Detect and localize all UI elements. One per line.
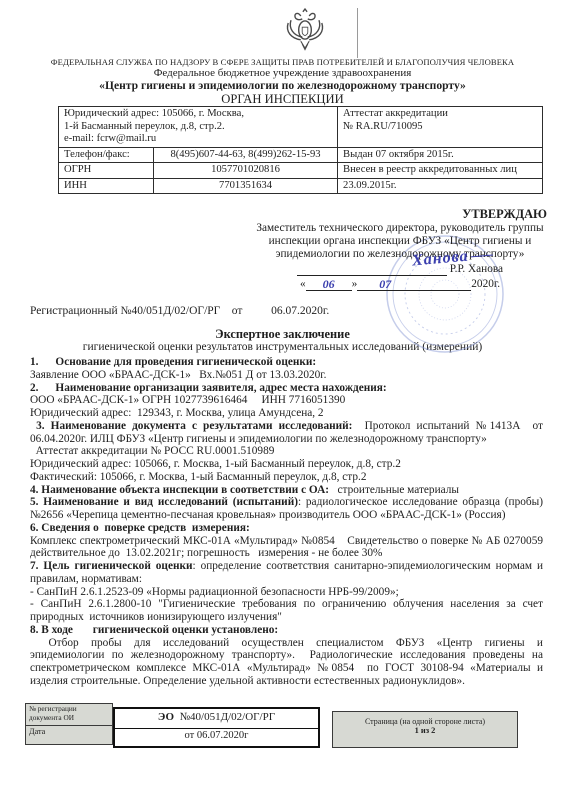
agency-name: ФЕДЕРАЛЬНАЯ СЛУЖБА ПО НАДЗОРУ В СФЕРЕ ЗА… [0,57,565,67]
footer-page-label: Страница (на одной стороне листа) [335,717,515,726]
phone-value: 8(495)607-44-63, 8(499)262-15-93 [154,147,338,163]
body-paragraph: 4. Наименование объекта инспекции в соот… [30,484,543,497]
inn-value: 7701351634 [154,178,338,194]
footer-date-value: от 06.07.2020г [115,729,318,746]
requisites-table: Юридический адрес: 105066, г. Москва, 1-… [58,106,543,194]
date-blank-line [413,278,471,291]
approver-position: Заместитель технического директора, руко… [235,222,565,261]
coat-of-arms-icon [284,6,326,59]
body-paragraph: Фактический: 105066, г. Москва, 1-ый Бас… [30,471,543,484]
footer-reg-number: ЭО №40/051Д/02/ОГ/РГ [115,709,318,729]
body-sections: 1. Основание для проведения гигиеническо… [30,356,543,688]
footer-table: № регистрации документа ОИ Дата ЭО №40/0… [25,703,518,748]
approval-block: УТВЕРЖДАЮ Заместитель технического дирек… [235,208,565,291]
issued-cell: Выдан 07 октября 2015г. [338,147,543,163]
approval-year: 2020г. [471,278,500,290]
body-paragraph: 5. Наименование и вид исследований (испы… [30,496,543,522]
footer-reg-box: ЭО №40/051Д/02/ОГ/РГ от 06.07.2020г [113,707,320,748]
body-paragraph: Юридический адрес: 129343, г. Москва, ул… [30,407,543,420]
body-paragraph: 7. Цель гигиенической оценки: определени… [30,560,543,586]
legal-address-cell: Юридический адрес: 105066, г. Москва, 1-… [59,107,338,148]
body-paragraph: Комплекс спектрометрический МКС-01А «Мул… [30,535,543,561]
body-paragraph: 3. Наименование документа с результатами… [30,420,543,446]
body-paragraph: 8. В ходе гигиенической оценки установле… [30,624,543,637]
registry-date-cell: 23.09.2015г. [338,178,543,194]
body-paragraph: - СанПиН 2.6.1.2800-10 "Гигиенические тр… [30,598,543,624]
letterhead-divider [357,8,358,58]
footer-reg-label: № регистрации документа ОИ [25,703,113,726]
table-row: ОГРН 1057701020816 Внесен в реестр аккре… [59,163,543,179]
body-paragraph: Аттестат аккредитации № РОСС RU.0001.510… [30,445,543,458]
body-paragraph: 6. Сведения о поверке средств измерения: [30,522,543,535]
phone-label: Телефон/факс: [59,147,154,163]
table-row: Телефон/факс: 8(495)607-44-63, 8(499)262… [59,147,543,163]
body-paragraph: Юридический адрес: 105066, г. Москва, 1-… [30,458,543,471]
handwritten-month: 07 [357,278,413,291]
body-paragraph: Отбор пробы для исследований осуществлен… [30,637,543,688]
accreditation-cell: Аттестат аккредитации № RA.RU/710095 [338,107,543,148]
institution-name: Федеральное бюджетное учреждение здравоо… [0,67,565,79]
registry-cell: Внесен в реестр аккредитованных лиц [338,163,543,179]
table-row: ИНН 7701351634 23.09.2015г. [59,178,543,194]
body-paragraph: - СанПиН 2.6.1.2523-09 «Нормы радиационн… [30,586,543,599]
approval-date-row: «06»072020г. [235,278,565,291]
footer-reg-code: ЭО [158,711,174,723]
body-paragraph: 2. Наименование организации заявителя, а… [30,382,543,395]
handwritten-day: 06 [306,278,352,291]
footer-page-box: Страница (на одной стороне листа) 1 из 2 [332,711,518,748]
body-paragraph: ООО «БРААС-ДСК-1» ОГРН 1027739616464 ИНН… [30,394,543,407]
organ-name: ОРГАН ИНСПЕКЦИИ [0,92,565,107]
footer-page-value: 1 из 2 [335,726,515,735]
registration-line: Регистрационный №40/051Д/02/ОГ/РГ от 06.… [30,305,329,317]
center-name: «Центр гигиены и эпидемиологии по железн… [0,79,565,92]
body-paragraph: 1. Основание для проведения гигиеническо… [30,356,543,369]
document-page: ФЕДЕРАЛЬНАЯ СЛУЖБА ПО НАДЗОРУ В СФЕРЕ ЗА… [0,0,565,800]
approval-title: УТВЕРЖДАЮ [235,208,565,221]
ogrn-label: ОГРН [59,163,154,179]
footer-labels: № регистрации документа ОИ Дата [25,703,113,745]
inn-label: ИНН [59,178,154,194]
footer-date-label: Дата [25,726,113,745]
ogrn-value: 1057701020816 [154,163,338,179]
table-row: Юридический адрес: 105066, г. Москва, 1-… [59,107,543,148]
signature-row: Р.Р. Ханова [235,263,565,278]
body-paragraph: Заявление ООО «БРААС-ДСК-1» Вх.№051 Д от… [30,369,543,382]
signature-flourish [471,254,493,257]
